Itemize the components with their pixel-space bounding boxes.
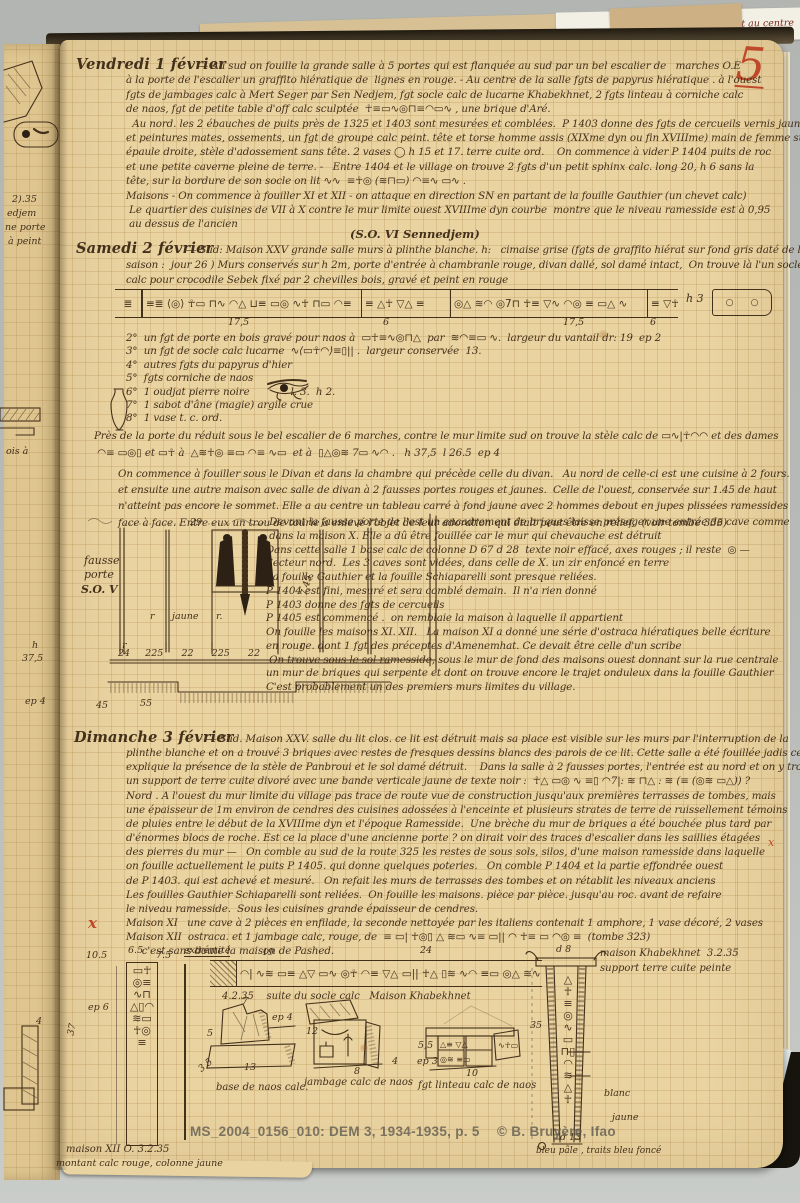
paper-stain	[598, 330, 608, 339]
entry-saturday-lines: — Sud: Maison XXV grande salle murs à pl…	[126, 243, 784, 288]
manuscript-line: tête, sur la bordure de son socle on lit…	[126, 174, 784, 188]
manuscript-line: et peintures mates, ossements, un fgt de…	[126, 131, 784, 145]
manuscript-line: plinthe blanche et on a trouvé 3 briques…	[126, 746, 786, 760]
gutter-shadow	[52, 42, 68, 1170]
linteau-glyph-row: △≡ ▽△	[440, 1040, 469, 1049]
support-hieroglyph-column: △☥≡◎∿▭⊓▯◠≋△☥	[560, 974, 576, 1134]
hieroglyph-segment: ≡≣ ⟨◎⟩ ☥▭ ⊓∿ ◠△ ⊔≡ ▭◎ ∿☥ ⊓▭ ◠≡	[142, 290, 361, 317]
photograph-of-notebook: { "meta": { "page_number": "5", "slip_no…	[0, 0, 800, 1203]
fp-panel-jaune: jaune	[172, 611, 198, 622]
jambage-caption: jambage calc de naos	[304, 1077, 413, 1088]
manuscript-line: n'atteint pas encore le sommet. Elle a a…	[118, 498, 784, 514]
manuscript-line: Le quartier des cuisines de VII à X cont…	[126, 203, 784, 217]
copyright-watermark: © B. Bruyère, Ifao	[497, 1124, 616, 1139]
band-measure: 17,5	[563, 317, 584, 328]
archive-watermark: MS_2004_0156_010: DEM 3, 1934-1935, p. 5	[190, 1124, 480, 1139]
manuscript-line: de pluies entre le début de la XVIIIme d…	[126, 817, 786, 831]
manuscript-line: 8° 1 vase t. c. ord.	[126, 412, 776, 425]
hieroglyph-band-lead: ≣	[115, 290, 142, 317]
stele-lines: Près de la porte du réduit sous le bel e…	[94, 428, 784, 461]
hieroglyph-segment: ◎△ ≋◠ ◎7⊓ ☥≡ ▽∿ ◠◎ ≡ ▭△ ∿	[450, 290, 647, 317]
margin-fragment: à peint	[8, 236, 41, 247]
manuscript-line: — Sud. Maison XXV. salle du lit clos. ce…	[126, 732, 786, 746]
hieroglyph-band-socle: ≣ ≡≣ ⟨◎⟩ ☥▭ ⊓∿ ◠△ ⊔≡ ▭◎ ∿☥ ⊓▭ ◠≡ ≡ △☥ ▽△…	[115, 289, 678, 318]
jamb-hieroglyph-column: ▭☥◎≡∿⊓△▯◠≋▭☥◎≡	[129, 965, 155, 1049]
socle-profile-box: ○ ○	[712, 289, 772, 316]
manuscript-line: 4° autres fgts du papyrus d'hier	[126, 359, 776, 372]
manuscript-line: et ensuite une autre maison avec salle d…	[118, 482, 784, 498]
manuscript-line: On commence à fouiller sous le Divan et …	[118, 466, 784, 482]
entry-friday-lines: — Au sud on fouille la grande salle à 5 …	[126, 59, 784, 232]
facing-page-sketch-strip	[4, 1026, 58, 1118]
margin-fragment: 37,5	[22, 653, 43, 664]
manuscript-line: calc pour crocodile Sebek fixé par 2 che…	[126, 273, 784, 288]
oudjat-eye-sketch	[266, 380, 310, 400]
manuscript-line: 3° un fgt de socle calc lucarne ∿⟨▭☥◠⟩≡▯…	[126, 345, 776, 358]
manuscript-line: une épaisseur de 1m environ de cendres d…	[126, 803, 786, 817]
fp-ground-measure: 45	[96, 700, 108, 711]
margin-fragment: edjem	[7, 208, 36, 219]
manuscript-line: à la porte de l'escalier un graffito hié…	[126, 73, 784, 87]
fp-panel-r: r	[150, 611, 155, 622]
jamb-torn-edge	[116, 966, 117, 1144]
band-measure: 6	[650, 317, 656, 328]
band-measure: 6	[383, 317, 389, 328]
base-ep4: ep 4	[272, 1012, 293, 1023]
manuscript-line: le niveau ramesside. Sous les cuisines g…	[126, 902, 786, 916]
manuscript-line: Au nord. les 2 ébauches de puits près de…	[126, 117, 784, 131]
linteau-glyph-row: ◎≋ ≡▭	[440, 1055, 471, 1064]
facing-page-sketch-cartouche	[4, 58, 62, 158]
margin-fragment: ois à	[6, 446, 28, 457]
peg-holes: ○ ○	[726, 298, 759, 308]
manuscript-line: et une petite caverne pleine de terre. -…	[126, 160, 784, 174]
jamb-caption-2: montant calc rouge, colonne jaune	[56, 1158, 223, 1169]
paper-stain	[360, 1044, 368, 1052]
find-list-lines: 2° un fgt de porte en bois gravé pour na…	[126, 332, 776, 426]
support-caption-1: maison Khabekhnet 3.2.35	[600, 948, 739, 959]
hieroglyph-segment: ≡ △☥ ▽△ ≡	[361, 290, 450, 317]
fp-label-sov: S.O. V	[81, 583, 118, 596]
manuscript-line: de naos, fgt de petite table d'off calc …	[126, 102, 784, 116]
jambage-n12: 12	[306, 1026, 318, 1037]
support-caption-2: support terre cuite peinte	[600, 963, 731, 974]
manuscript-line: des pierres du mur — On comble au sud de…	[126, 845, 786, 859]
bm-105: 10.5	[86, 950, 107, 961]
bm-65: 6.5	[128, 945, 143, 956]
linteau-n10: 10	[466, 1068, 478, 1079]
manuscript-line: fgts de jambages calc à Mert Seger par S…	[126, 88, 784, 102]
jamb-ep-label: ep 6	[88, 1002, 109, 1013]
manuscript-line: un support de terre cuite divoré avec un…	[126, 774, 786, 788]
base-n5: 5	[207, 1028, 213, 1039]
bm-19: 19	[262, 947, 274, 958]
jamb-outer-line	[184, 964, 186, 1140]
margin-fragment: ne porte	[5, 222, 46, 233]
bm-24: 24	[420, 945, 432, 956]
fp-panel-r2: r.	[216, 611, 223, 622]
manuscript-line: 2° un fgt de porte en bois gravé pour na…	[126, 332, 776, 345]
facing-page-sketch-bar	[0, 402, 58, 438]
manuscript-line: Près de la porte du réduit sous le bel e…	[94, 428, 784, 445]
bm-75: 7.5	[156, 950, 171, 961]
manuscript-line: Maison XII ostraca. et 1 jambage calc, r…	[126, 930, 786, 944]
support-caption-3: bleu pâle , traits bleu foncé	[536, 1146, 661, 1156]
linteau-caption: fgt linteau calc de naos	[418, 1080, 536, 1091]
margin-fragment: h	[32, 640, 38, 651]
linteau-glyph-row: ∿☥▭	[498, 1041, 518, 1050]
jambage-n4: 4	[392, 1056, 398, 1067]
jambage-n8: 8	[354, 1066, 360, 1077]
manuscript-line: 7° 1 sabot d'âne (magie) argile crue	[126, 399, 776, 412]
band-hatched-end	[210, 961, 236, 986]
fp-label-fausse: fausse	[84, 554, 120, 567]
manuscript-line: — Au sud on fouille la grande salle à 5 …	[126, 59, 784, 73]
manuscript-line: 6° 1 oudjat pierre noire l. 3. h 2.	[126, 386, 776, 399]
band-measure: 17,5	[228, 317, 249, 328]
support-d8: d 8	[556, 944, 571, 955]
fp-bottom-measures: 24 225 22 225 22	[118, 648, 260, 659]
hieroglyph-segment: ≡ ▽☥ ▭	[647, 290, 678, 317]
manuscript-line: de P 1403. qui est achevé et mesuré. On …	[126, 874, 786, 888]
base-n7: 7	[242, 996, 248, 1007]
hieroglyph-band-khabekhnet: ◠| ∿≋ ▭≡ △▽ ▭∿ ◎☥ ◠≡ ▽△ ▭|| ☥△ ▯≋ ∿◠ ≡▭ …	[210, 960, 542, 987]
manuscript-line: d'énormes blocs de roche. Est ce la plac…	[126, 831, 786, 845]
margin-fragment: 2).35	[12, 194, 37, 205]
manuscript-line: on fouille actuellement le puits P 1405.…	[126, 859, 786, 873]
vase-sketch	[102, 386, 136, 432]
manuscript-line: Maisons - On commence à fouiller XI et X…	[126, 189, 784, 203]
jamb-sketch-frame: ▭☥◎≡∿⊓△▯◠≋▭☥◎≡	[126, 962, 158, 1146]
band-height-label: h 3	[686, 292, 704, 305]
manuscript-line: Maison XI une cave à 2 pièces en enfilad…	[126, 916, 786, 930]
support-n35: 35	[530, 1020, 542, 1031]
linteau-n55: 5,5	[418, 1040, 433, 1051]
entry-sunday-lines: — Sud. Maison XXV. salle du lit clos. ce…	[126, 732, 786, 959]
margin-fragment: ep 4	[25, 696, 46, 707]
manuscript-line: épaule droite, stèle d'adossement sans t…	[126, 145, 784, 159]
sennedjem-heading: (S.O. VI Sennedjem)	[350, 227, 480, 241]
jamb-caption-1: maison XII O. 3.2.35	[66, 1144, 169, 1155]
manuscript-line: Nord . A l'ouest du mur limite du villag…	[126, 789, 786, 803]
manuscript-line: explique la présence de la stèle de Panb…	[126, 760, 786, 774]
red-x-mark-right: x	[768, 836, 774, 849]
jambage-naos-sketch	[302, 998, 402, 1076]
bm-extremite: extrémité	[184, 945, 230, 957]
manuscript-line: ◠≡ ▭◎▯ et ▭☥ à △≋☥◎ ≡▭ ◠≡ ∿▭ et à ▯△◎≋ 7…	[94, 445, 784, 462]
fausse-porte-sketch	[80, 514, 452, 730]
fp-label-porte: porte	[84, 568, 114, 581]
manuscript-line: Les fouilles Gauthier Schiaparelli sont …	[126, 888, 786, 902]
red-x-mark: x	[88, 914, 97, 932]
hieroglyph-segment: ◠| ∿≋ ▭≡ △▽ ▭∿ ◎☥ ◠≡ ▽△ ▭|| ☥△ ▯≋ ∿◠ ≡▭ …	[236, 961, 542, 986]
fp-ground-measure2: 55	[140, 698, 152, 709]
manuscript-line: saison : jour 26 ) Murs conservés sur h …	[126, 258, 784, 273]
fp-top-measure: 29	[190, 517, 202, 528]
support-blanc: blanc	[604, 1088, 630, 1099]
linteau-ep3: ep 3	[417, 1056, 438, 1067]
base-n13: 13	[244, 1062, 256, 1073]
support-jaune: jaune	[612, 1112, 638, 1123]
manuscript-line: — Sud: Maison XXV grande salle murs à pl…	[126, 243, 784, 258]
base-caption: base de naos calc.	[216, 1082, 308, 1093]
fp-side-r2: r	[300, 640, 305, 651]
manuscript-line: 5° fgts corniche de naos	[126, 372, 776, 385]
